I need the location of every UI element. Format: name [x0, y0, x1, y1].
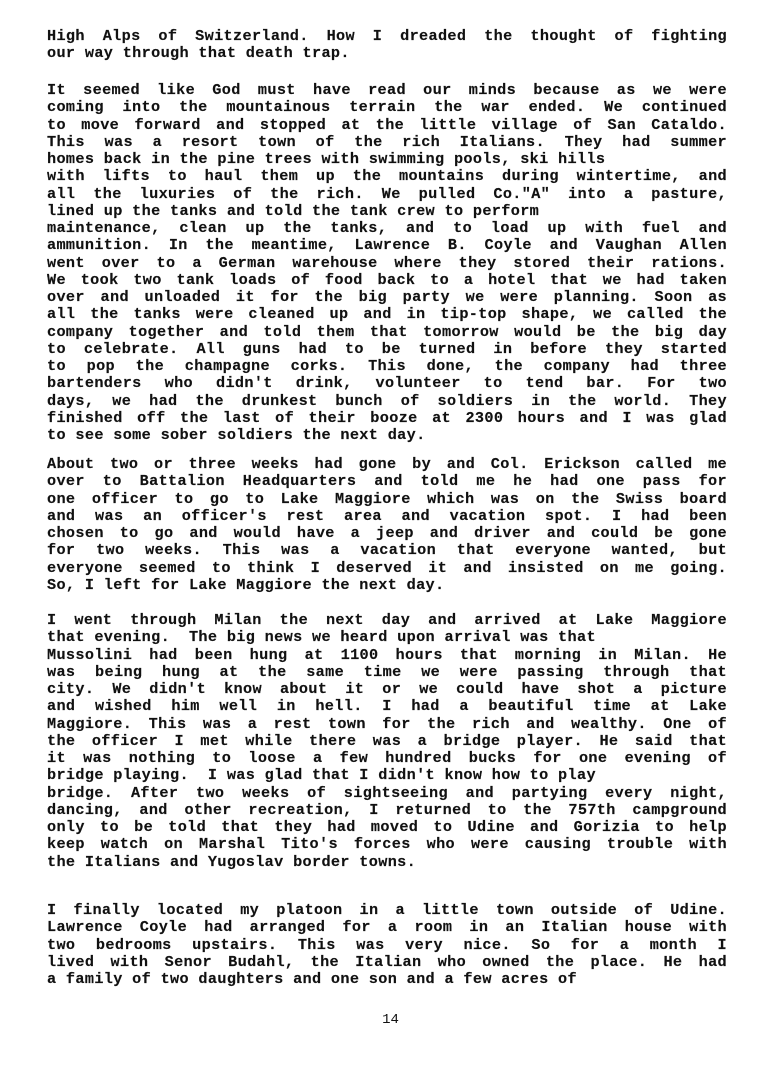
text-line: keep watch on Marshal Tito's forces who … [47, 836, 727, 853]
text-line: So, I left for Lake Maggiore the next da… [47, 577, 727, 594]
text-line: Mussolini had been hung at 1100 hours th… [47, 647, 727, 664]
text-line: dancing, and other recreation, I returne… [47, 802, 727, 819]
text-line: for two weeks. This was a vacation that … [47, 542, 727, 559]
text-line: only to be told that they had moved to U… [47, 819, 727, 836]
text-line: to celebrate. All guns had to be turned … [47, 341, 727, 358]
text-line: It seemed like God must have read our mi… [47, 82, 727, 99]
text-line: and wished him well in hell. I had a bea… [47, 698, 727, 715]
text-line: with lifts to haul them up the mountains… [47, 168, 727, 185]
text-line: This was a resort town of the rich Itali… [47, 134, 727, 151]
text-line: to pop the champagne corks. This done, t… [47, 358, 727, 375]
page-number: 14 [0, 1012, 781, 1028]
text-line: and was an officer's rest area and vacat… [47, 508, 727, 525]
text-line: the officer I met while there was a brid… [47, 733, 727, 750]
text-line: that evening. The big news we heard upon… [47, 629, 727, 646]
text-line: bridge. After two weeks of sightseeing a… [47, 785, 727, 802]
text-line: our way through that death trap. [47, 45, 727, 62]
text-line: a family of two daughters and one son an… [47, 971, 727, 988]
text-line: everyone seemed to think I deserved it a… [47, 560, 727, 577]
text-line: High Alps of Switzerland. How I dreaded … [47, 28, 727, 45]
text-line: over and unloaded it for the big party w… [47, 289, 727, 306]
text-line: About two or three weeks had gone by and… [47, 456, 727, 473]
text-line: over to Battalion Headquarters and told … [47, 473, 727, 490]
text-line: all the luxuries of the rich. We pulled … [47, 186, 727, 203]
text-line: all the tanks were cleaned up and in tip… [47, 306, 727, 323]
text-line: ammunition. In the meantime, Lawrence B.… [47, 237, 727, 254]
text-line: bridge playing. I was glad that I didn't… [47, 767, 727, 784]
text-line: homes back in the pine trees with swimmi… [47, 151, 727, 168]
text-line: chosen to go and would have a jeep and d… [47, 525, 727, 542]
text-line: Lawrence Coyle had arranged for a room i… [47, 919, 727, 936]
text-line: maintenance, clean up the tanks, and to … [47, 220, 727, 237]
text-line: went over to a German warehouse where th… [47, 255, 727, 272]
text-line: two bedrooms upstairs. This was very nic… [47, 937, 727, 954]
text-line: We took two tank loads of food back to a… [47, 272, 727, 289]
text-line: one officer to go to Lake Maggiore which… [47, 491, 727, 508]
text-line: to see some sober soldiers the next day. [47, 427, 727, 444]
text-line: city. We didn't know about it or we coul… [47, 681, 727, 698]
text-line: Maggiore. This was a rest town for the r… [47, 716, 727, 733]
text-line: coming into the mountainous terrain the … [47, 99, 727, 116]
text-line: I went through Milan the next day and ar… [47, 612, 727, 629]
text-line: bartenders who didn't drink, volunteer t… [47, 375, 727, 392]
text-line: I finally located my platoon in a little… [47, 902, 727, 919]
text-line: the Italians and Yugoslav border towns. [47, 854, 727, 871]
text-line: lived with Senor Budahl, the Italian who… [47, 954, 727, 971]
text-line: finished off the last of their booze at … [47, 410, 727, 427]
text-line: was being hung at the same time we were … [47, 664, 727, 681]
text-line: days, we had the drunkest bunch of soldi… [47, 393, 727, 410]
text-line: lined up the tanks and told the tank cre… [47, 203, 727, 220]
text-line: it was nothing to loose a few hundred bu… [47, 750, 727, 767]
text-line: company together and told them that tomo… [47, 324, 727, 341]
document-page: High Alps of Switzerland. How I dreaded … [0, 0, 781, 1066]
text-line: to move forward and stopped at the littl… [47, 117, 727, 134]
